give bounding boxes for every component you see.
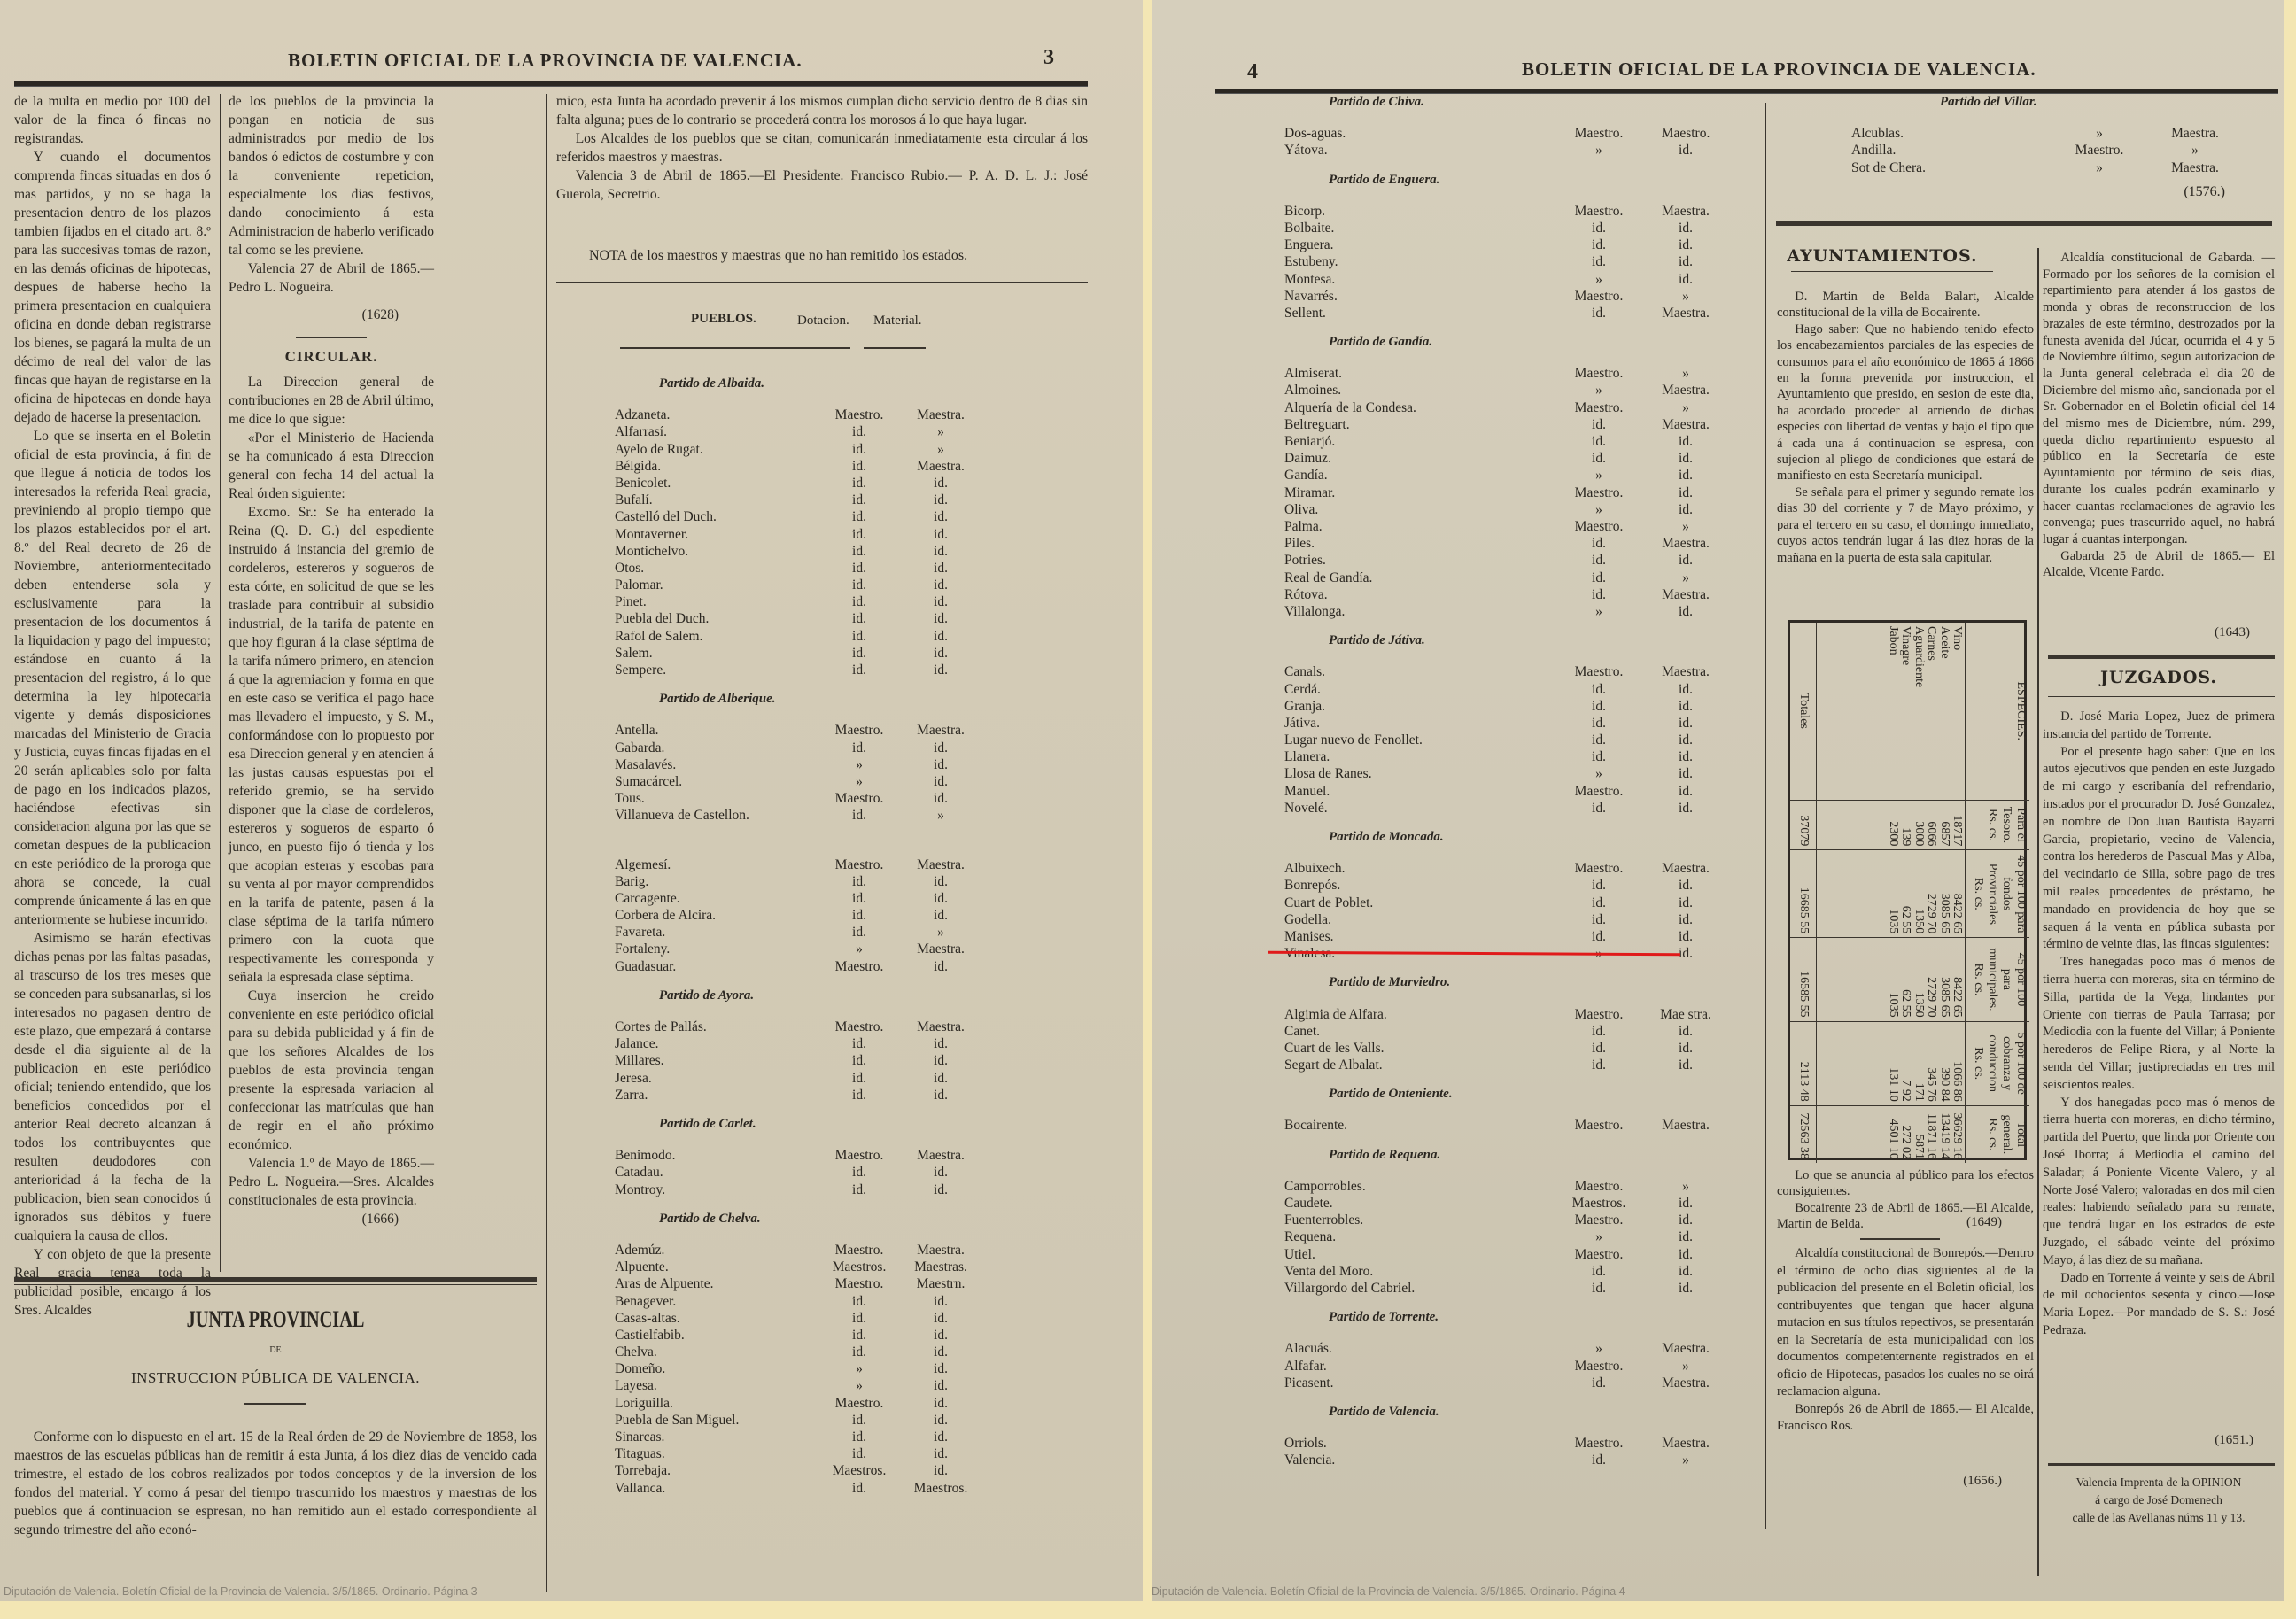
partido-heading: Partido de Enguera. (1284, 172, 1745, 189)
town-name: Bicorp. (1284, 203, 1325, 220)
maestra-cell: id. (1641, 800, 1730, 817)
town-name: Godella. (1284, 911, 1331, 928)
section-rule (1776, 221, 2272, 226)
maestra-cell: id. (896, 492, 985, 508)
paragraph: Alcaldía constitucional de Gabarda. —For… (2043, 250, 2275, 548)
table-row: Benagever.id.id. (615, 1293, 969, 1310)
maestro-cell: » (1555, 1228, 1643, 1245)
maestra-cell: » (896, 441, 985, 458)
maestro-cell: id. (1555, 1040, 1643, 1057)
partido-heading: Partido de Murviedro. (1284, 974, 1745, 991)
maestro-cell: id. (815, 508, 904, 525)
tax-rows: VinoAceiteCarnesAguardienteVinagreJabon1… (1817, 623, 1966, 1163)
especie-name: Carnes (1925, 626, 1938, 796)
maestro-cell: id. (1555, 236, 1643, 253)
maestro-cell: id. (1555, 535, 1643, 552)
table-row: Aras de Alpuente.Maestro.Maestrn. (615, 1275, 969, 1292)
table-row: Navarrés.Maestro.» (1284, 288, 1745, 305)
footer-credit: Diputación de Valencia. Boletín Oficial … (1152, 1585, 1625, 1598)
paragraph: D. José Maria Lopez, Juez de primera ins… (2043, 709, 2275, 744)
separator (244, 1403, 306, 1405)
table-row: Adzaneta.Maestro.Maestra. (615, 407, 969, 423)
partido-heading: Partido de Chelva. (615, 1211, 969, 1228)
partido-heading: Partido del Villar. (1789, 94, 2277, 111)
page-3: BOLETIN OFICIAL DE LA PROVINCIA DE VALEN… (0, 0, 1143, 1619)
maestra-cell: id. (896, 1412, 985, 1429)
tax-col-provinciales: 8422 653085 652729 70135062 551035 (1817, 850, 1966, 938)
table-row: Potries.id.id. (1284, 552, 1745, 569)
maestra-cell: id. (896, 628, 985, 645)
town-name: Requena. (1284, 1228, 1336, 1245)
maestra-cell: Maestra. (1641, 382, 1730, 399)
maestra-cell: id. (896, 790, 985, 807)
table-row: Yátova.»id. (1284, 142, 1745, 159)
maestro-cell: id. (815, 458, 904, 475)
maestro-cell: id. (1555, 877, 1643, 894)
table-row: Puebla del Duch.id.id. (615, 610, 969, 627)
partido-heading: Partido de Torrente. (1284, 1309, 1745, 1326)
town-name: Navarrés. (1284, 288, 1338, 305)
maestra-cell: id. (896, 1462, 985, 1479)
table-row: Real de Gandía.id.» (1284, 569, 1745, 586)
table-row: Enguera.id.id. (1284, 236, 1745, 253)
town-name: Bufalí. (615, 492, 653, 508)
maestro-cell: id. (815, 740, 904, 756)
maestro-cell: Maestro. (815, 407, 904, 423)
maestra-cell: id. (1641, 911, 1730, 928)
maestro-cell: id. (1555, 1452, 1643, 1468)
table-row: Benicolet.id.id. (615, 475, 969, 492)
table-row: Vallanca.id.Maestros. (615, 1480, 969, 1497)
maestra-cell: id. (896, 873, 985, 890)
paragraph: Tres hanegadas poco mas ó menos de tierr… (2043, 954, 2275, 1094)
town-name: Pinet. (615, 593, 647, 610)
maestra-cell: id. (1641, 142, 1730, 159)
maestra-cell: id. (1641, 1195, 1730, 1212)
town-name: Enguera. (1284, 236, 1334, 253)
table-row: Antella.Maestro.Maestra. (615, 722, 969, 739)
bocairente-notice: D. Martin de Belda Balart, Alcalde const… (1777, 289, 2034, 566)
especies-cell: VinoAceiteCarnesAguardienteVinagreJabon (1817, 623, 1966, 800)
paragraph: «Por el Ministerio de Hacienda se ha com… (229, 429, 434, 503)
maestra-cell: id. (896, 543, 985, 560)
villar-ref: (1576.) (2184, 184, 2225, 200)
maestro-cell: Maestro. (815, 1147, 904, 1164)
paragraph: La Direccion general de contribuciones e… (229, 373, 434, 429)
town-name: Almiserat. (1284, 365, 1342, 382)
imprenta-line: calle de las Avellanas núms 11 y 13. (2043, 1509, 2275, 1527)
table-row: Corbera de Alcira.id.id. (615, 907, 969, 924)
table-row: Fortaleny.»Maestra. (615, 941, 969, 957)
table-row: Domeño.»id. (615, 1360, 969, 1377)
table-row: Cerdá.id.id. (1284, 681, 1745, 698)
maestra-cell: Maestros. (896, 1480, 985, 1497)
maestro-cell: id. (815, 593, 904, 610)
town-name: Alpuente. (615, 1259, 669, 1275)
table-row: Estubeny.id.id. (1284, 253, 1745, 270)
table-row: Chelva.id.id. (615, 1344, 969, 1360)
table-row: Orriols.Maestro.Maestra. (1284, 1435, 1745, 1452)
table-row: Gabarda.id.id. (615, 740, 969, 756)
maestra-cell: Mae stra. (1641, 1006, 1730, 1023)
maestro-cell: id. (1555, 552, 1643, 569)
town-name: Domeño. (615, 1360, 665, 1377)
tax-value: 131 10 (1887, 1026, 1900, 1102)
town-name: Millares. (615, 1052, 664, 1069)
maestro-cell: Maestro. (1555, 1006, 1643, 1023)
town-name: Picasent. (1284, 1375, 1334, 1391)
paragraph: Gabarda 25 de Abril de 1865.— El Alcalde… (2043, 548, 2275, 581)
table-rule (556, 282, 1088, 283)
paragraph: mico, esta Junta ha acordado prevenir á … (556, 92, 1088, 129)
maestra-cell: » (1641, 518, 1730, 535)
table-row: Rafol de Salem.id.id. (615, 628, 969, 645)
juzgados-notice: D. José Maria Lopez, Juez de primera ins… (2043, 709, 2275, 1340)
paragraph: Los Alcaldes de los pueblos que se citan… (556, 129, 1088, 167)
paragraph: Cuya insercion he creido conveniente en … (229, 987, 434, 1154)
table-row: Titaguas.id.id. (615, 1445, 969, 1462)
paragraph: Se señala para el primer y segundo remat… (1777, 484, 2034, 566)
maestra-cell: id. (896, 560, 985, 577)
tax-value: 272 02 (1899, 1110, 1912, 1159)
maestra-cell: id. (896, 475, 985, 492)
maestro-cell: id. (815, 543, 904, 560)
table-row: Beltreguart.id.Maestra. (1284, 416, 1745, 433)
tax-value: 6857 (1938, 804, 1951, 847)
table-row: Villargordo del Cabriel.id.id. (1284, 1280, 1745, 1297)
town-name: Sot de Chera. (1851, 159, 1926, 176)
maestra-cell: id. (896, 1344, 985, 1360)
maestro-cell: Maestro. (815, 856, 904, 873)
junta-subtitle: INSTRUCCION PÚBLICA DE VALENCIA. (14, 1369, 537, 1387)
table-row: Salem.id.id. (615, 645, 969, 662)
villar-table: Partido del Villar.Alcublas.»Maestra.And… (1789, 81, 2277, 176)
town-name: Yátova. (1284, 142, 1328, 159)
maestra-cell: » (1641, 569, 1730, 586)
maestra-cell: id. (896, 907, 985, 924)
paragraph: de la multa en medio por 100 del valor d… (14, 92, 211, 148)
maestro-cell: » (815, 756, 904, 773)
total-tesoro: 37079 (1790, 800, 1817, 850)
maestra-cell: id. (1641, 748, 1730, 765)
bonrepos-notice: Alcaldía constitucional de Bonrepós.—Den… (1777, 1245, 2034, 1436)
table-row: Guadasuar.Maestro.id. (615, 958, 969, 975)
table-row: Bicorp.Maestro.Maestra. (1284, 203, 1745, 220)
town-name: Benagever. (615, 1293, 676, 1310)
town-name: Cortes de Pallás. (615, 1019, 707, 1035)
table-row: Alquería de la Condesa.Maestro.» (1284, 399, 1745, 416)
tax-value: 1350 (1912, 854, 1926, 933)
town-name: Catadau. (615, 1164, 663, 1181)
maestra-cell: id. (896, 526, 985, 543)
table-row: Jeresa.id.id. (615, 1070, 969, 1087)
especie-name: Vinagre (1899, 626, 1912, 796)
maestro-cell: id. (1555, 220, 1643, 236)
table-row: Gandía.»id. (1284, 467, 1745, 484)
maestra-cell: » (2151, 142, 2239, 159)
maestro-cell: id. (1555, 416, 1643, 433)
maestra-cell: Maestra. (896, 722, 985, 739)
tax-value: 1066 86 (1951, 1026, 1964, 1102)
maestro-cell: » (815, 1377, 904, 1394)
maestro-cell: id. (815, 1052, 904, 1069)
table-row: Sumacárcel.»id. (615, 773, 969, 790)
maestro-cell: Maestro. (1555, 288, 1643, 305)
paragraph: Alcaldía constitucional de Bonrepós.—Den… (1777, 1245, 2034, 1401)
town-name: Bolbaite. (1284, 220, 1334, 236)
scan-border (0, 1601, 2296, 1619)
maestro-cell: » (815, 1360, 904, 1377)
table-row: Millares.id.id. (615, 1052, 969, 1069)
table-row: Alfafar.Maestro.» (1284, 1358, 1745, 1375)
junta-section: JUNTA PROVINCIAL DE INSTRUCCION PÚBLICA … (14, 1306, 537, 1539)
maestra-cell: id. (1641, 236, 1730, 253)
table-row: Andilla.Maestro.» (1789, 142, 2277, 159)
table-row: Daimuz.id.id. (1284, 450, 1745, 467)
town-name: Canet. (1284, 1023, 1320, 1040)
town-name: Lugar nuevo de Fenollet. (1284, 732, 1423, 748)
partido-heading: Partido de Játiva. (1284, 632, 1745, 649)
maestra-cell: » (896, 924, 985, 941)
maestro-cell: » (1555, 142, 1643, 159)
gabarda-ref: (1643) (2043, 625, 2275, 640)
town-name: Rafol de Salem. (615, 628, 702, 645)
maestro-cell: id. (1555, 1280, 1643, 1297)
maestra-cell: Maestra. (1641, 203, 1730, 220)
town-name: Cuart de les Valls. (1284, 1040, 1385, 1057)
town-name: Segart de Albalat. (1284, 1057, 1383, 1073)
maestro-cell: id. (815, 441, 904, 458)
maestro-cell: id. (1555, 1023, 1643, 1040)
maestro-cell: Maestro. (1555, 1358, 1643, 1375)
table-row: Alpuente.Maestros.Maestras. (615, 1259, 969, 1275)
tax-value: 345 76 (1925, 1026, 1938, 1102)
table-row: Fuenterrobles.Maestro.id. (1284, 1212, 1745, 1228)
table-row: Lugar nuevo de Fenollet.id.id. (1284, 732, 1745, 748)
maestro-cell: id. (815, 1310, 904, 1327)
maestra-cell: id. (896, 1395, 985, 1412)
town-name: Algimia de Alfara. (1284, 1006, 1387, 1023)
maestro-cell: Maestro. (1555, 1117, 1643, 1134)
maestro-cell: id. (815, 1070, 904, 1087)
tax-value: 4501 10 (1887, 1110, 1900, 1159)
maestro-cell: id. (1555, 305, 1643, 321)
tax-value: 3000 (1912, 804, 1926, 847)
th-especies: ESPECIES. (1966, 623, 2029, 800)
tax-col-cobranza: 1066 86390 84345 761717 92131 10 (1817, 1021, 1966, 1105)
circular-body: La Direccion general de contribuciones e… (229, 373, 434, 1210)
table-row: Manises.id.id. (1284, 928, 1745, 945)
notice-signature: Valencia 27 de Abril de 1865.— Pedro L. … (229, 260, 434, 297)
town-name: Antella. (615, 722, 659, 739)
tax-value: 36629 16 (1951, 1110, 1964, 1159)
th-cobranza: 5 por 100 de cobranza y conduccionRs. cs… (1966, 1021, 2029, 1105)
maestro-cell: id. (1555, 715, 1643, 732)
maestro-cell: id. (1555, 911, 1643, 928)
table-row: Cuart de Poblet.id.id. (1284, 895, 1745, 911)
maestra-cell: id. (1641, 1040, 1730, 1057)
col-header-pueblos: PUEBLOS. (691, 312, 756, 327)
separator (296, 337, 367, 338)
maestro-cell: id. (815, 924, 904, 941)
maestro-cell: Maestro. (1555, 399, 1643, 416)
town-name: Llanera. (1284, 748, 1330, 765)
town-name: Valencia. (1284, 1452, 1335, 1468)
maestro-cell: Maestro. (1555, 125, 1643, 142)
maestro-cell: Maestro. (815, 1395, 904, 1412)
maestro-cell: id. (1555, 698, 1643, 715)
maestra-cell: id. (896, 1310, 985, 1327)
especie-name: Vino (1951, 626, 1964, 796)
page-number: 3 (1043, 46, 1054, 70)
town-name: Alcublas. (1851, 125, 1904, 142)
town-name: Alquería de la Condesa. (1284, 399, 1416, 416)
town-name: Ademúz. (615, 1242, 664, 1259)
paragraph: Lo que se anuncia al público para los ef… (1777, 1167, 2034, 1200)
tax-col-municipales: 8422 653085 652729 70135062 551035 (1817, 938, 1966, 1021)
table-row: Llanera.id.id. (1284, 748, 1745, 765)
tax-value: 7 92 (1899, 1026, 1912, 1102)
maestro-cell: id. (1555, 681, 1643, 698)
maestro-cell: id. (815, 807, 904, 824)
town-name: Oliva. (1284, 501, 1318, 518)
maestra-cell: Maestra. (2151, 159, 2239, 176)
maestro-cell: Maestros. (815, 1259, 904, 1275)
table-row: Valencia.id.» (1284, 1452, 1745, 1468)
maestra-cell: » (896, 807, 985, 824)
maestro-cell: id. (1555, 748, 1643, 765)
town-name: Sempere. (615, 662, 666, 678)
tax-value: 139 (1899, 804, 1912, 847)
maestro-cell: Maestro. (1555, 518, 1643, 535)
table-row: Sinarcas.id.id. (615, 1429, 969, 1445)
page-4: 4 BOLETIN OFICIAL DE LA PROVINCIA DE VAL… (1152, 0, 2284, 1619)
town-name: Palomar. (615, 577, 663, 593)
town-name: Fortaleny. (615, 941, 670, 957)
maestra-cell: » (1641, 1178, 1730, 1195)
page-number: 4 (1247, 60, 1258, 84)
maestro-cell: id. (815, 628, 904, 645)
junta-body: Conforme con lo dispuesto en el art. 15 … (14, 1428, 537, 1539)
maestra-cell: Maestra. (1641, 416, 1730, 433)
imprenta: Valencia Imprenta de la OPINION á cargo … (2043, 1474, 2275, 1527)
town-name: Zarra. (615, 1087, 648, 1104)
maestro-cell: id. (815, 492, 904, 508)
town-name: Cerdá. (1284, 681, 1321, 698)
maestro-cell: Maestro. (1555, 1246, 1643, 1263)
tax-value: 8422 65 (1951, 854, 1964, 933)
table-row: Palma.Maestro.» (1284, 518, 1745, 535)
maestra-cell: id. (896, 1035, 985, 1052)
table-row: Masalavés.»id. (615, 756, 969, 773)
maestro-cell: id. (815, 1480, 904, 1497)
maestro-cell: Maestro. (1555, 1435, 1643, 1452)
running-head: BOLETIN OFICIAL DE LA PROVINCIA DE VALEN… (1522, 58, 2036, 81)
maestra-cell: id. (896, 1445, 985, 1462)
tax-value: 1035 (1887, 941, 1900, 1017)
maestra-cell: id. (896, 1087, 985, 1104)
tax-value: 18717 (1951, 804, 1964, 847)
schools-table-p3: Partido de Albaida.Adzaneta.Maestro.Maes… (615, 363, 969, 1497)
maestro-cell: Maestro. (815, 1242, 904, 1259)
col-header-dotacion: Dotacion. (797, 314, 849, 329)
bonrepos-ref: (1656.) (1777, 1474, 2034, 1489)
table-row: Almiserat.Maestro.» (1284, 365, 1745, 382)
maestra-cell: id. (1641, 928, 1730, 945)
maestra-cell: id. (896, 662, 985, 678)
town-name: Guadasuar. (615, 958, 676, 975)
maestro-cell: Maestro. (1555, 663, 1643, 680)
table-row: Rótova.id.Maestra. (1284, 586, 1745, 603)
table-row: Cortes de Pallás.Maestro.Maestra. (615, 1019, 969, 1035)
maestro-cell: id. (1555, 1263, 1643, 1280)
table-row: Sot de Chera.»Maestra. (1789, 159, 2277, 176)
partido-heading: Partido de Alberique. (615, 691, 969, 708)
paragraph: Hago saber: Que no habiendo tenido efect… (1777, 321, 2034, 484)
town-name: Layesa. (615, 1377, 657, 1394)
maestro-cell: » (1555, 271, 1643, 288)
maestra-cell: Maestra. (896, 407, 985, 423)
table-row: Villanueva de Castellon.id.» (615, 807, 969, 824)
town-name: Beltreguart. (1284, 416, 1350, 433)
maestra-cell: id. (1641, 467, 1730, 484)
table-row: Canet.id.id. (1284, 1023, 1745, 1040)
maestra-cell: id. (1641, 501, 1730, 518)
table-row: Almoines.»Maestra. (1284, 382, 1745, 399)
maestro-cell: id. (815, 907, 904, 924)
imprenta-line: á cargo de José Domenech (2043, 1491, 2275, 1509)
maestro-cell: id. (815, 526, 904, 543)
town-name: Miramar. (1284, 484, 1335, 501)
table-row: Favareta.id.» (615, 924, 969, 941)
maestro-cell: Maestro. (1555, 1212, 1643, 1228)
town-name: Alfarrasí. (615, 423, 667, 440)
juzgados-title: JUZGADOS. (2043, 668, 2275, 687)
gabarda-notice: Alcaldía constitucional de Gabarda. —For… (2043, 250, 2275, 581)
maestro-cell: id. (815, 890, 904, 907)
town-name: Palma. (1284, 518, 1323, 535)
tax-value: 390 84 (1938, 1026, 1951, 1102)
table-row: Sempere.id.id. (615, 662, 969, 678)
maestro-cell: id. (815, 577, 904, 593)
town-name: Chelva. (615, 1344, 657, 1360)
maestro-cell: » (1555, 382, 1643, 399)
maestra-cell: Maestra. (1641, 1340, 1730, 1357)
table-row: Alcublas.»Maestra. (1789, 125, 2277, 142)
town-name: Titaguas. (615, 1445, 665, 1462)
maestra-cell: id. (896, 593, 985, 610)
tax-value: 2729 70 (1925, 941, 1938, 1017)
partido-heading: Partido de Gandía. (1284, 334, 1745, 351)
column-divider (546, 94, 547, 1592)
maestra-cell: id. (1641, 1057, 1730, 1073)
maestro-cell: Maestro. (815, 1275, 904, 1292)
maestro-cell: Maestro. (1555, 203, 1643, 220)
town-name: Utiel. (1284, 1246, 1315, 1263)
table-row: Jalance.id.id. (615, 1035, 969, 1052)
column-1: de la multa en medio por 100 del valor d… (14, 92, 211, 1320)
table-row: Algemesí.Maestro.Maestra. (615, 856, 969, 873)
partido-heading: Partido de Onteniente. (1284, 1086, 1745, 1103)
table-row: Puebla de San Miguel.id.id. (615, 1412, 969, 1429)
running-head: BOLETIN OFICIAL DE LA PROVINCIA DE VALEN… (288, 50, 803, 72)
maestro-cell: id. (1555, 800, 1643, 817)
table-row: Ademúz.Maestro.Maestra. (615, 1242, 969, 1259)
partido-heading: Partido de Chiva. (1284, 94, 1745, 111)
maestro-cell: » (1555, 467, 1643, 484)
maestra-cell: id. (1641, 1212, 1730, 1228)
circular-title: CIRCULAR. (229, 347, 434, 366)
